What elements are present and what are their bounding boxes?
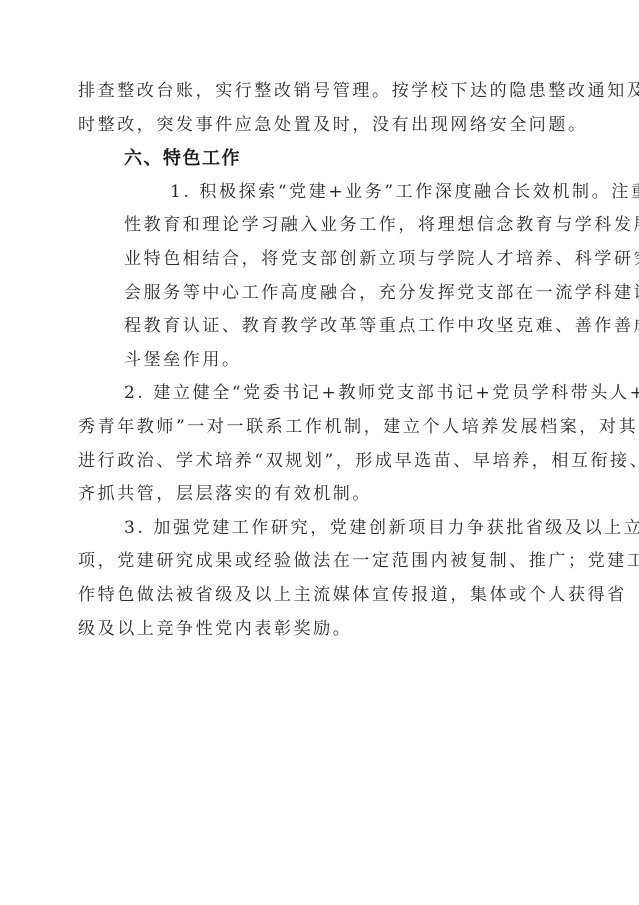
item-2-paragraph: 2. 建立健全“党委书记+教师党支部书记+党员学科带头人+优 秀青年教师”一对一… (78, 377, 562, 511)
document-page: 排查整改台账，实行整改销号管理。按学校下达的隐患整改通知及 时整改，突发事件应急… (0, 0, 639, 905)
text-line: 作特色做法被省级及以上主流媒体宣传报道，集体或个人获得省 (78, 579, 562, 613)
text-line: 斗堡垒作用。 (78, 344, 562, 378)
text-line: 会服务等中心工作高度融合，充分发挥党支部在一流学科建设、工 (78, 277, 562, 311)
text-line: 性教育和理论学习融入业务工作，将理想信念教育与学科发展、专 (78, 209, 562, 243)
text-line: 级及以上竞争性党内表彰奖励。 (78, 613, 562, 647)
text-line: 项，党建研究成果或经验做法在一定范围内被复制、推广；党建工 (78, 545, 562, 579)
text-line: 秀青年教师”一对一联系工作机制，建立个人培养发展档案，对其 (78, 411, 562, 445)
text-line: 时整改，突发事件应急处置及时，没有出现网络安全问题。 (78, 109, 562, 143)
item-3-paragraph: 3. 加强党建工作研究，党建创新项目力争获批省级及以上立 项，党建研究成果或经验… (78, 512, 562, 646)
text-line: 程教育认证、教育教学改革等重点工作中攻坚克难、善作善成的战 (78, 310, 562, 344)
item-1-paragraph: 1. 积极探索“党建+业务”工作深度融合长效机制。注重将党 性教育和理论学习融入… (78, 176, 562, 378)
text-line: 进行政治、学术培养“双规划”，形成早选苗、早培养，相互衔接、 (78, 445, 562, 479)
continued-paragraph: 排查整改台账，实行整改销号管理。按学校下达的隐患整改通知及 时整改，突发事件应急… (78, 75, 562, 142)
text-line: 2. 建立健全“党委书记+教师党支部书记+党员学科带头人+优 (78, 377, 562, 411)
text-line: 1. 积极探索“党建+业务”工作深度融合长效机制。注重将党 (78, 176, 562, 210)
text-line: 3. 加强党建工作研究，党建创新项目力争获批省级及以上立 (78, 512, 562, 546)
section-heading: 六、特色工作 (78, 142, 562, 176)
text-line: 齐抓共管，层层落实的有效机制。 (78, 478, 562, 512)
text-line: 业特色相结合，将党支部创新立项与学院人才培养、科学研究、社 (78, 243, 562, 277)
document-body: 排查整改台账，实行整改销号管理。按学校下达的隐患整改通知及 时整改，突发事件应急… (78, 75, 562, 646)
text-line: 排查整改台账，实行整改销号管理。按学校下达的隐患整改通知及 (78, 75, 562, 109)
